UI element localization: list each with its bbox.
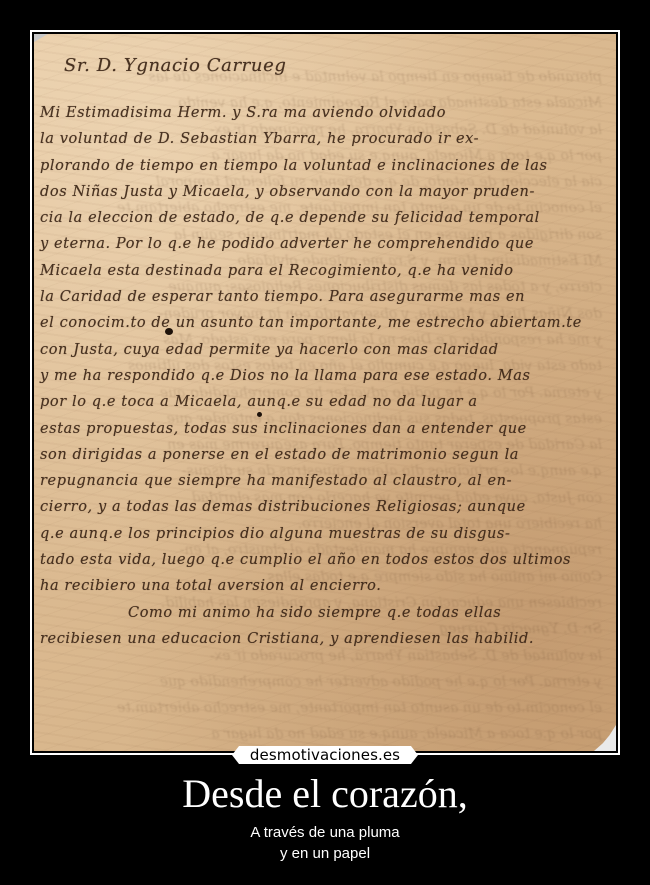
manuscript-line: cia la eleccion de estado, de q.e depend… <box>40 205 608 231</box>
watermark-badge[interactable]: desmotivaciones.es <box>232 746 418 764</box>
poster-frame: plorando de tiempo en tiempo la voluntad… <box>30 30 620 755</box>
manuscript-line: dos Niñas Justa y Micaela, y observando … <box>40 179 608 205</box>
subtitle-line: y en un papel <box>0 843 650 864</box>
poster-subtitle: A través de una pluma y en un papel <box>0 822 650 864</box>
manuscript-line: recibiesen una educacion Cristiana, y ap… <box>40 626 608 652</box>
manuscript-salutation: Sr. D. Ygnacio Carrueg <box>40 46 608 100</box>
manuscript-line: por lo q.e toca a Micaela, aunq.e su eda… <box>40 389 608 415</box>
manuscript-line: Como mi animo ha sido siempre q.e todas … <box>40 600 608 626</box>
manuscript-line: y me ha respondido q.e Dios no la llama … <box>40 363 608 389</box>
watermark-text: desmotivaciones.es <box>250 746 400 764</box>
manuscript-line: con Justa, cuya edad permite ya hacerlo … <box>40 337 608 363</box>
subtitle-line: A través de una pluma <box>0 822 650 843</box>
manuscript-photo: plorando de tiempo en tiempo la voluntad… <box>34 34 616 751</box>
manuscript-line: y eterna. Por lo q.e he podido adverter … <box>40 231 608 257</box>
manuscript-line: q.e aunq.e los principios dio alguna mue… <box>40 521 608 547</box>
manuscript-line: estas propuestas, todas sus inclinacione… <box>40 416 608 442</box>
manuscript-text: Sr. D. Ygnacio Carrueg Mi Estimadisima H… <box>34 34 616 751</box>
manuscript-line: Micaela esta destinada para el Recogimie… <box>40 258 608 284</box>
manuscript-line: plorando de tiempo en tiempo la voluntad… <box>40 153 608 179</box>
manuscript-line: Mi Estimadisima Herm. y S.ra ma aviendo … <box>40 100 608 126</box>
ink-blot <box>257 412 262 417</box>
manuscript-line: la voluntad de D. Sebastian Ybarra, he p… <box>40 126 608 152</box>
manuscript-line: el conocim.to de un asunto tan important… <box>40 310 608 336</box>
manuscript-line: son dirigidas a ponerse en el estado de … <box>40 442 608 468</box>
manuscript-line: cierro, y a todas las demas distribucion… <box>40 494 608 520</box>
manuscript-line: repugnancia que siempre ha manifestado a… <box>40 468 608 494</box>
ink-blot <box>165 328 173 335</box>
poster-title: Desde el corazón, <box>0 770 650 818</box>
manuscript-line: ha recibiero una total aversion al encie… <box>40 573 608 599</box>
manuscript-line: tado esta vida, luego q.e cumplio el año… <box>40 547 608 573</box>
manuscript-line: la Caridad de esperar tanto tiempo. Para… <box>40 284 608 310</box>
